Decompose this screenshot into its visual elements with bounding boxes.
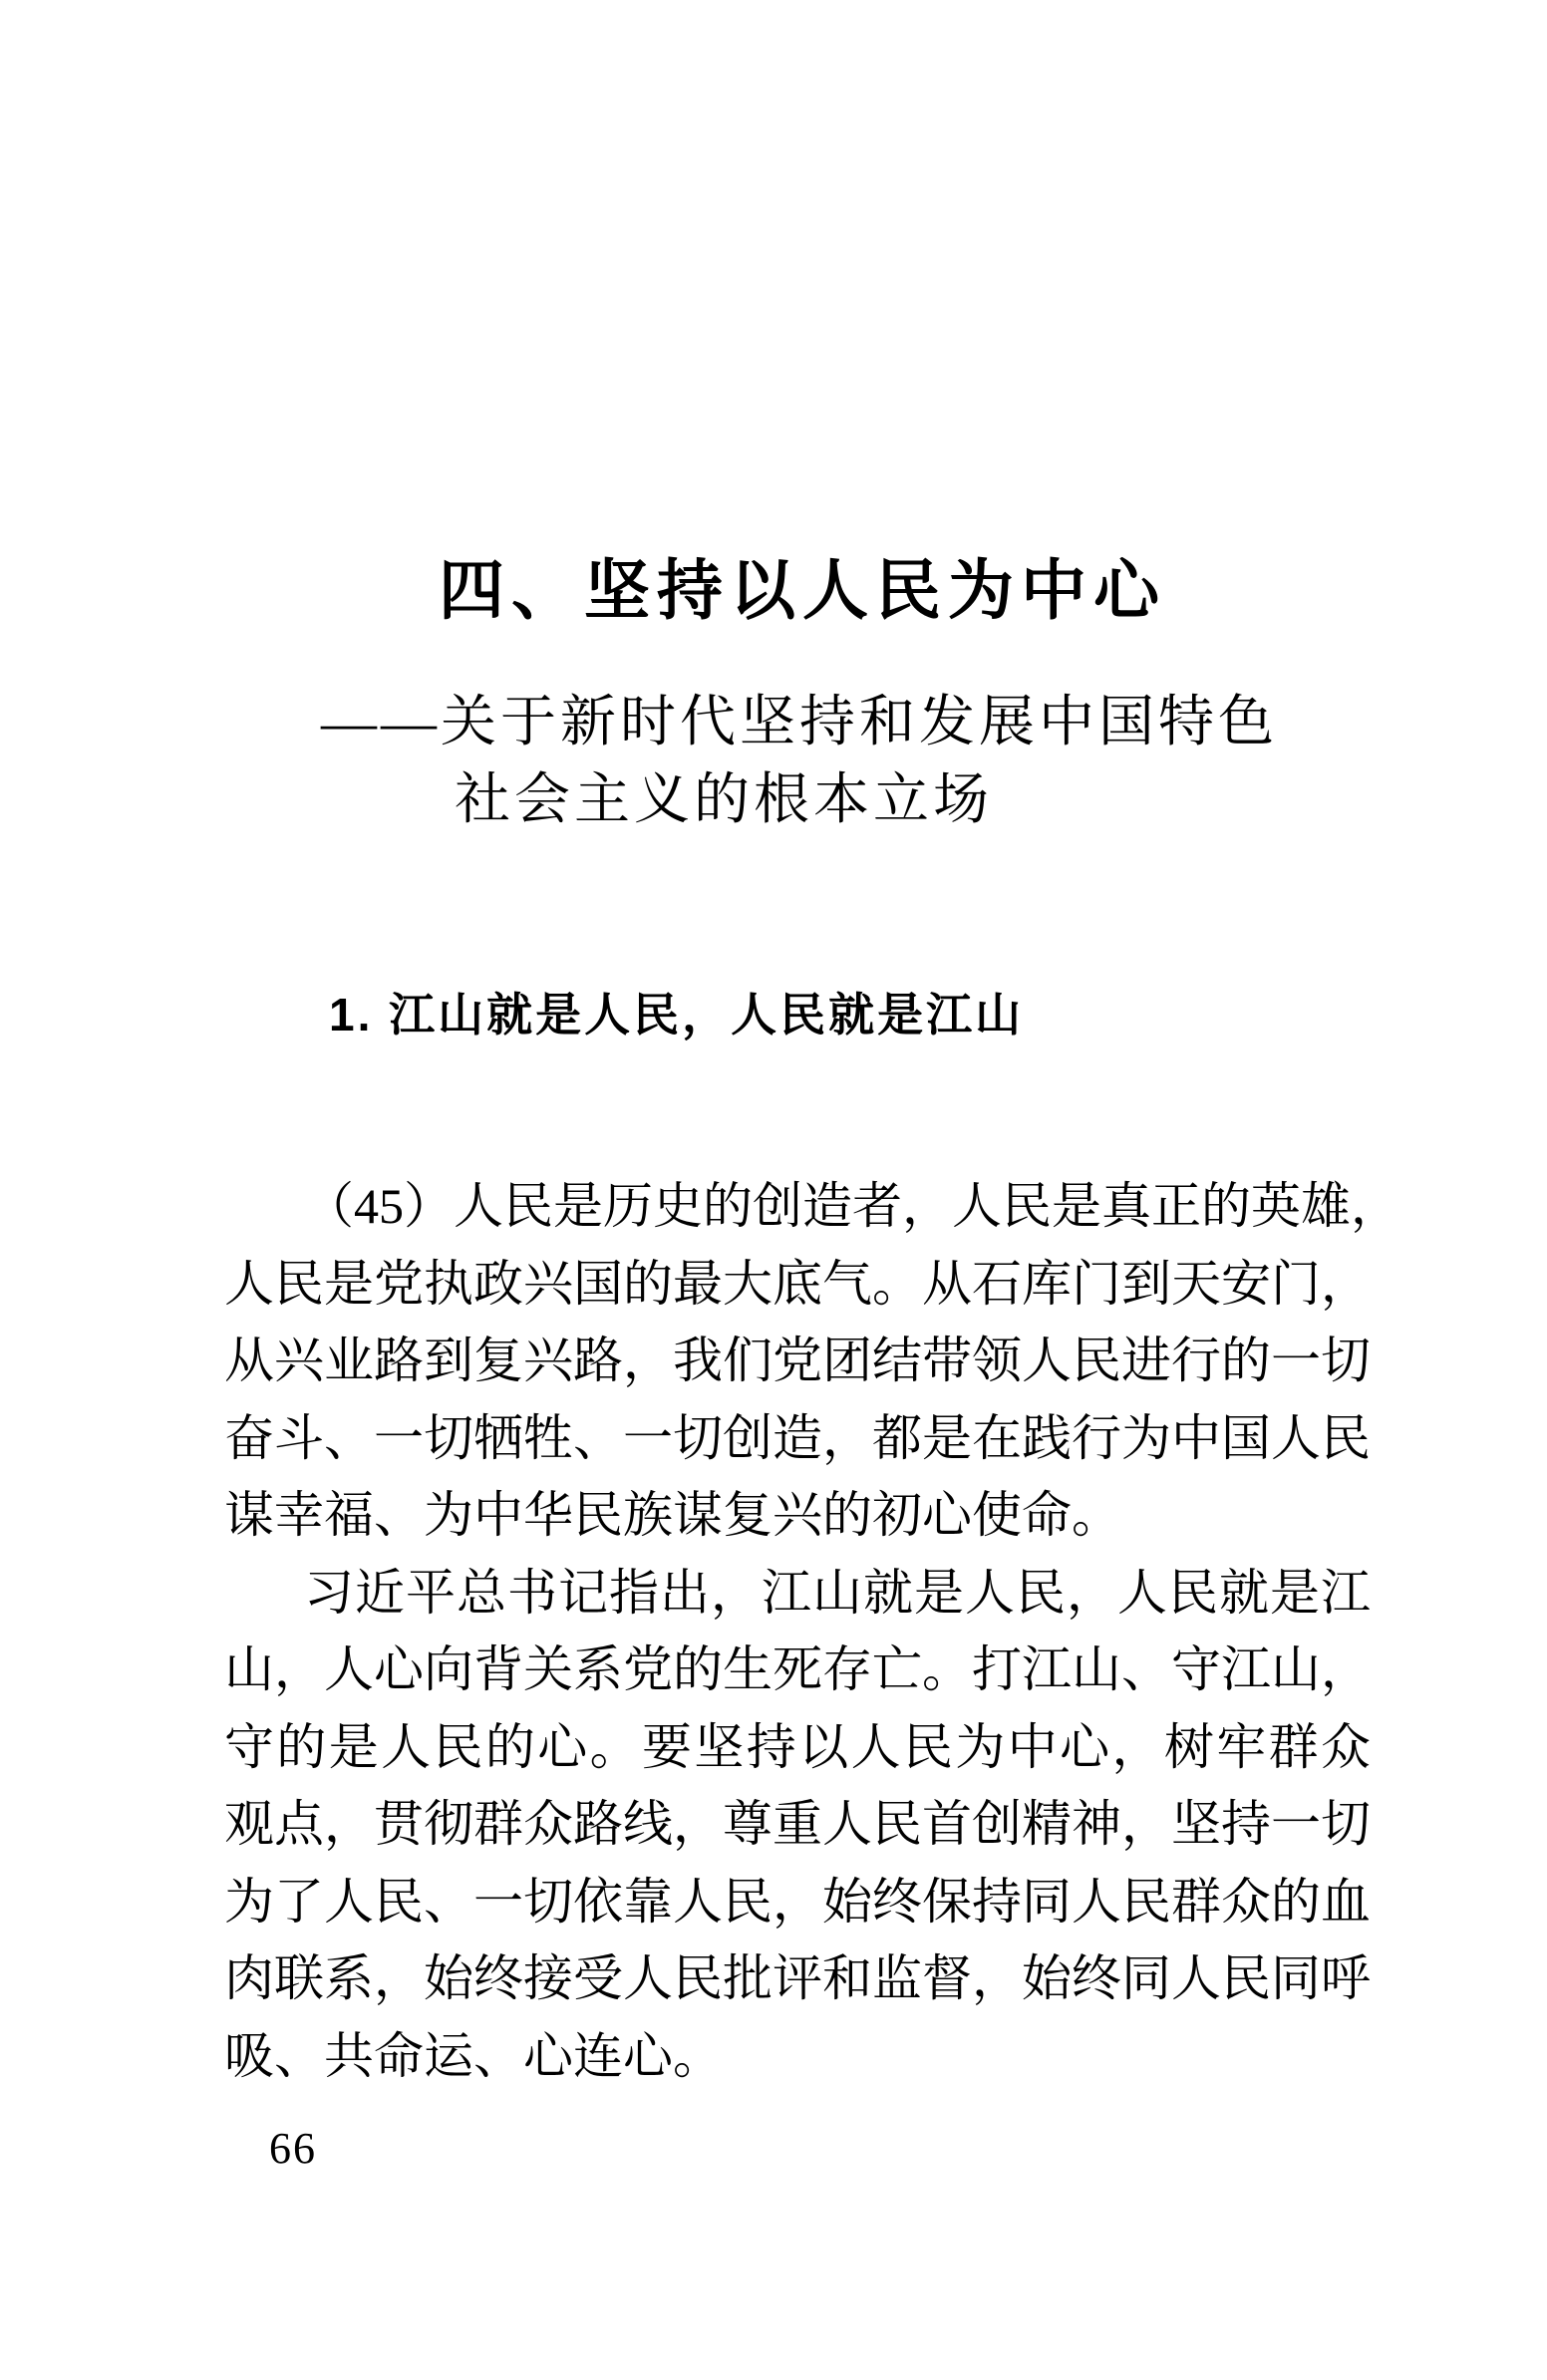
- body-paragraph: 习近平总书记指出，江山就是人民，人民就是江山，人心向背关系党的生死存亡。打江山、…: [224, 1555, 1371, 2096]
- body-line: 人民是党执政兴国的最大底气。从石库门到天安门，: [224, 1246, 1371, 1324]
- body-text: （45）人民是历史的创造者，人民是真正的英雄，人民是党执政兴国的最大底气。从石库…: [224, 1168, 1371, 2095]
- body-line: 从兴业路到复兴路，我们党团结带领人民进行的一切: [224, 1323, 1371, 1400]
- body-line: 守的是人民的心。要坚持以人民为中心，树牢群众: [224, 1709, 1371, 1787]
- body-line: 习近平总书记指出，江山就是人民，人民就是江: [224, 1555, 1371, 1633]
- body-line: 谋幸福、为中华民族谋复兴的初心使命。: [224, 1477, 1371, 1555]
- section-heading: 1. 江山就是人民，人民就是江山: [329, 979, 1024, 1044]
- body-line: 观点，贯彻群众路线，尊重人民首创精神，坚持一切: [224, 1786, 1371, 1864]
- body-line: 吸、共命运、心连心。: [224, 2018, 1371, 2096]
- book-page: 四、坚持以人民为中心 ——关于新时代坚持和发展中国特色 社会主义的根本立场 1.…: [0, 0, 1547, 2380]
- body-line: 肉联系，始终接受人民批评和监督，始终同人民同呼: [224, 1940, 1371, 2018]
- subtitle-line-1: ——关于新时代坚持和发展中国特色: [321, 684, 1278, 761]
- body-line: 山，人心向背关系党的生死存亡。打江山、守江山，: [224, 1632, 1371, 1709]
- page-number: 66: [269, 2123, 317, 2174]
- body-line: 为了人民、一切依靠人民，始终保持同人民群众的血: [224, 1864, 1371, 1941]
- subtitle-line-2: 社会主义的根本立场: [321, 761, 1278, 839]
- body-line: （45）人民是历史的创造者，人民是真正的英雄，: [224, 1168, 1371, 1246]
- body-line: 奋斗、一切牺牲、一切创造，都是在践行为中国人民: [224, 1400, 1371, 1478]
- body-paragraph: （45）人民是历史的创造者，人民是真正的英雄，人民是党执政兴国的最大底气。从石库…: [224, 1168, 1371, 1555]
- chapter-subtitle: ——关于新时代坚持和发展中国特色 社会主义的根本立场: [321, 684, 1278, 839]
- chapter-title: 四、坚持以人民为中心: [439, 556, 1166, 629]
